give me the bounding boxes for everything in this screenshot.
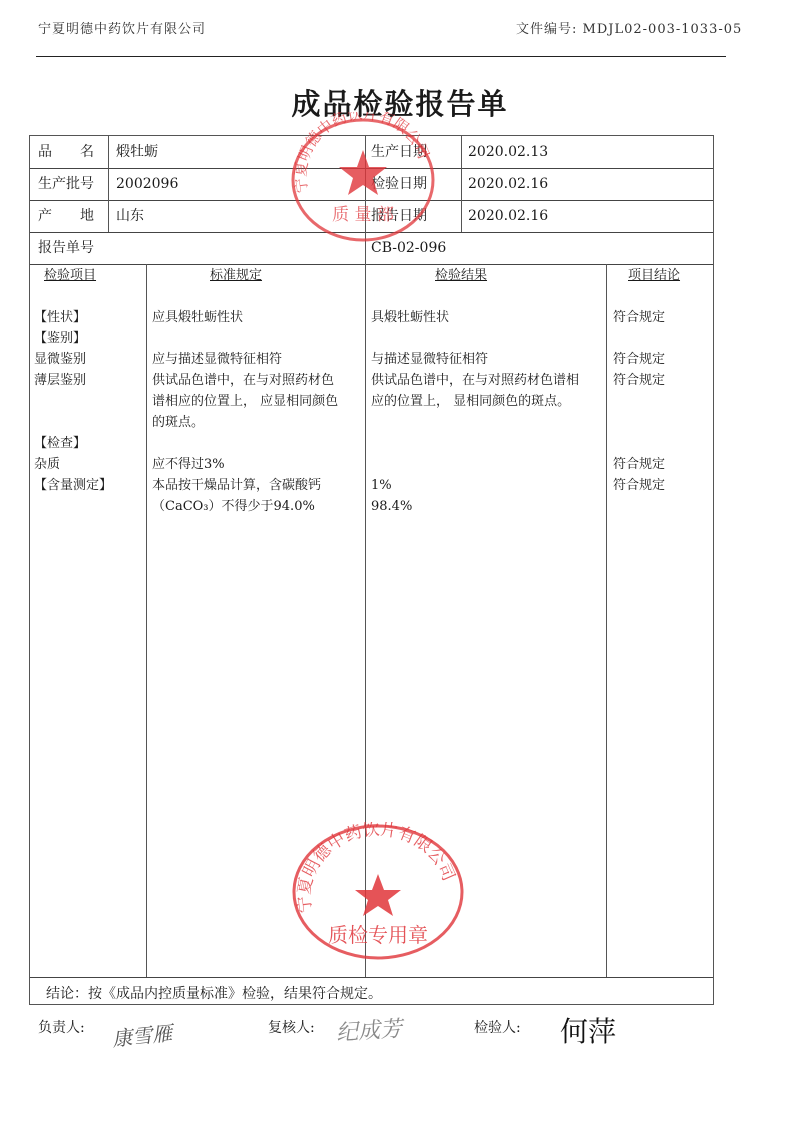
standard-impurity: 应不得过3% (152, 454, 362, 475)
conclusion-assay: 符合规定 (613, 475, 665, 496)
file-number-value: MDJL02-003-1033-05 (583, 22, 743, 37)
item-appearance: 【性状】 (34, 307, 112, 328)
col-header-conclusion: 项目结论 (628, 266, 680, 286)
prod-date: 2020.02.13 (468, 142, 548, 162)
col-divider (461, 136, 462, 232)
row-divider (30, 264, 713, 265)
col-header-standard: 标准规定 (210, 266, 262, 286)
origin-label: 产 地 (38, 206, 94, 226)
result-impurity: 1% (371, 475, 606, 496)
item-impurity: 杂质 (34, 454, 112, 475)
standard-assay-1: 本品按干燥品计算，含碳酸钙 (152, 475, 362, 496)
name-label: 品 名 (38, 142, 94, 162)
inspector-signature: 何萍 (560, 1010, 616, 1050)
item-assay: 【含量测定】 (34, 475, 112, 496)
inspector-label: 检验人: (474, 1017, 521, 1037)
col-header-item: 检验项目 (44, 266, 96, 286)
standard-list: 应具煅牡蛎性状 应与描述显微特征相符 供试品色谱中，在与对照药材色 谱相应的位置… (152, 307, 362, 517)
report-date: 2020.02.16 (468, 206, 548, 226)
report-date-label: 报告日期 (371, 206, 427, 226)
item-identification: 【鉴别】 (34, 328, 112, 349)
col-divider (365, 136, 366, 977)
conclusion-microscopic: 符合规定 (613, 349, 665, 370)
page-title: 成品检验报告单 (0, 82, 800, 123)
responsible-label: 负责人: (38, 1017, 85, 1037)
standard-tlc-3: 的斑点。 (152, 412, 362, 433)
conclusion-tlc: 符合规定 (613, 370, 665, 391)
report-table: 品 名 煅牡蛎 生产日期 2020.02.13 生产批号 2002096 检验日… (29, 135, 714, 1005)
row-divider (30, 200, 713, 201)
conclusion-impurity: 符合规定 (613, 454, 665, 475)
batch-label: 生产批号 (38, 174, 94, 194)
conclusion-appearance: 符合规定 (613, 307, 665, 328)
result-assay: 98.4% (371, 496, 606, 517)
reviewer-label: 复核人: (268, 1017, 315, 1037)
result-list: 具煅牡蛎性状 与描述显微特征相符 供试品色谱中，在与对照药材色谱相 应的位置上，… (371, 307, 606, 517)
item-microscopic: 显微鉴别 (34, 349, 112, 370)
row-divider (30, 232, 713, 233)
col-divider (606, 264, 607, 977)
reviewer-signature: 纪成芳 (335, 1012, 403, 1048)
row-divider (30, 168, 713, 169)
result-appearance: 具煅牡蛎性状 (371, 307, 606, 328)
header-rule (36, 56, 726, 57)
result-microscopic: 与描述显微特征相符 (371, 349, 606, 370)
item-check: 【检查】 (34, 433, 112, 454)
item-list: 【性状】 【鉴别】 显微鉴别 薄层鉴别 【检查】 杂质 【含量测定】 (34, 307, 112, 496)
col-divider (108, 136, 109, 232)
report-no-label: 报告单号 (38, 238, 94, 258)
conclusion-list: 符合规定 符合规定 符合规定 符合规定 符合规定 (613, 307, 665, 496)
standard-microscopic: 应与描述显微特征相符 (152, 349, 362, 370)
col-header-result: 检验结果 (435, 266, 487, 286)
prod-date-label: 生产日期 (371, 142, 427, 162)
standard-tlc-1: 供试品色谱中，在与对照药材色 (152, 370, 362, 391)
origin: 山东 (116, 206, 144, 226)
item-tlc: 薄层鉴别 (34, 370, 112, 391)
test-date: 2020.02.16 (468, 174, 548, 194)
standard-tlc-2: 谱相应的位置上， 应显相同颜色 (152, 391, 362, 412)
batch-number: 2002096 (116, 174, 178, 194)
responsible-signature: 康雪雁 (111, 1017, 174, 1052)
test-date-label: 检验日期 (371, 174, 427, 194)
report-no: CB-02-096 (371, 238, 446, 258)
col-divider (146, 264, 147, 977)
result-tlc-2: 应的位置上， 显相同颜色的斑点。 (371, 391, 606, 412)
product-name: 煅牡蛎 (116, 142, 158, 162)
company-name: 宁夏明德中药饮片有限公司 (38, 18, 206, 37)
file-number: 文件编号: MDJL02-003-1033-05 (516, 18, 742, 37)
standard-appearance: 应具煅牡蛎性状 (152, 307, 362, 328)
file-number-label: 文件编号: (516, 22, 577, 37)
standard-assay-2: （CaCO₃）不得少于94.0% (152, 496, 362, 517)
result-tlc-1: 供试品色谱中，在与对照药材色谱相 (371, 370, 606, 391)
row-divider (30, 977, 713, 978)
overall-conclusion: 结论：按《成品内控质量标准》检验，结果符合规定。 (46, 983, 382, 1003)
